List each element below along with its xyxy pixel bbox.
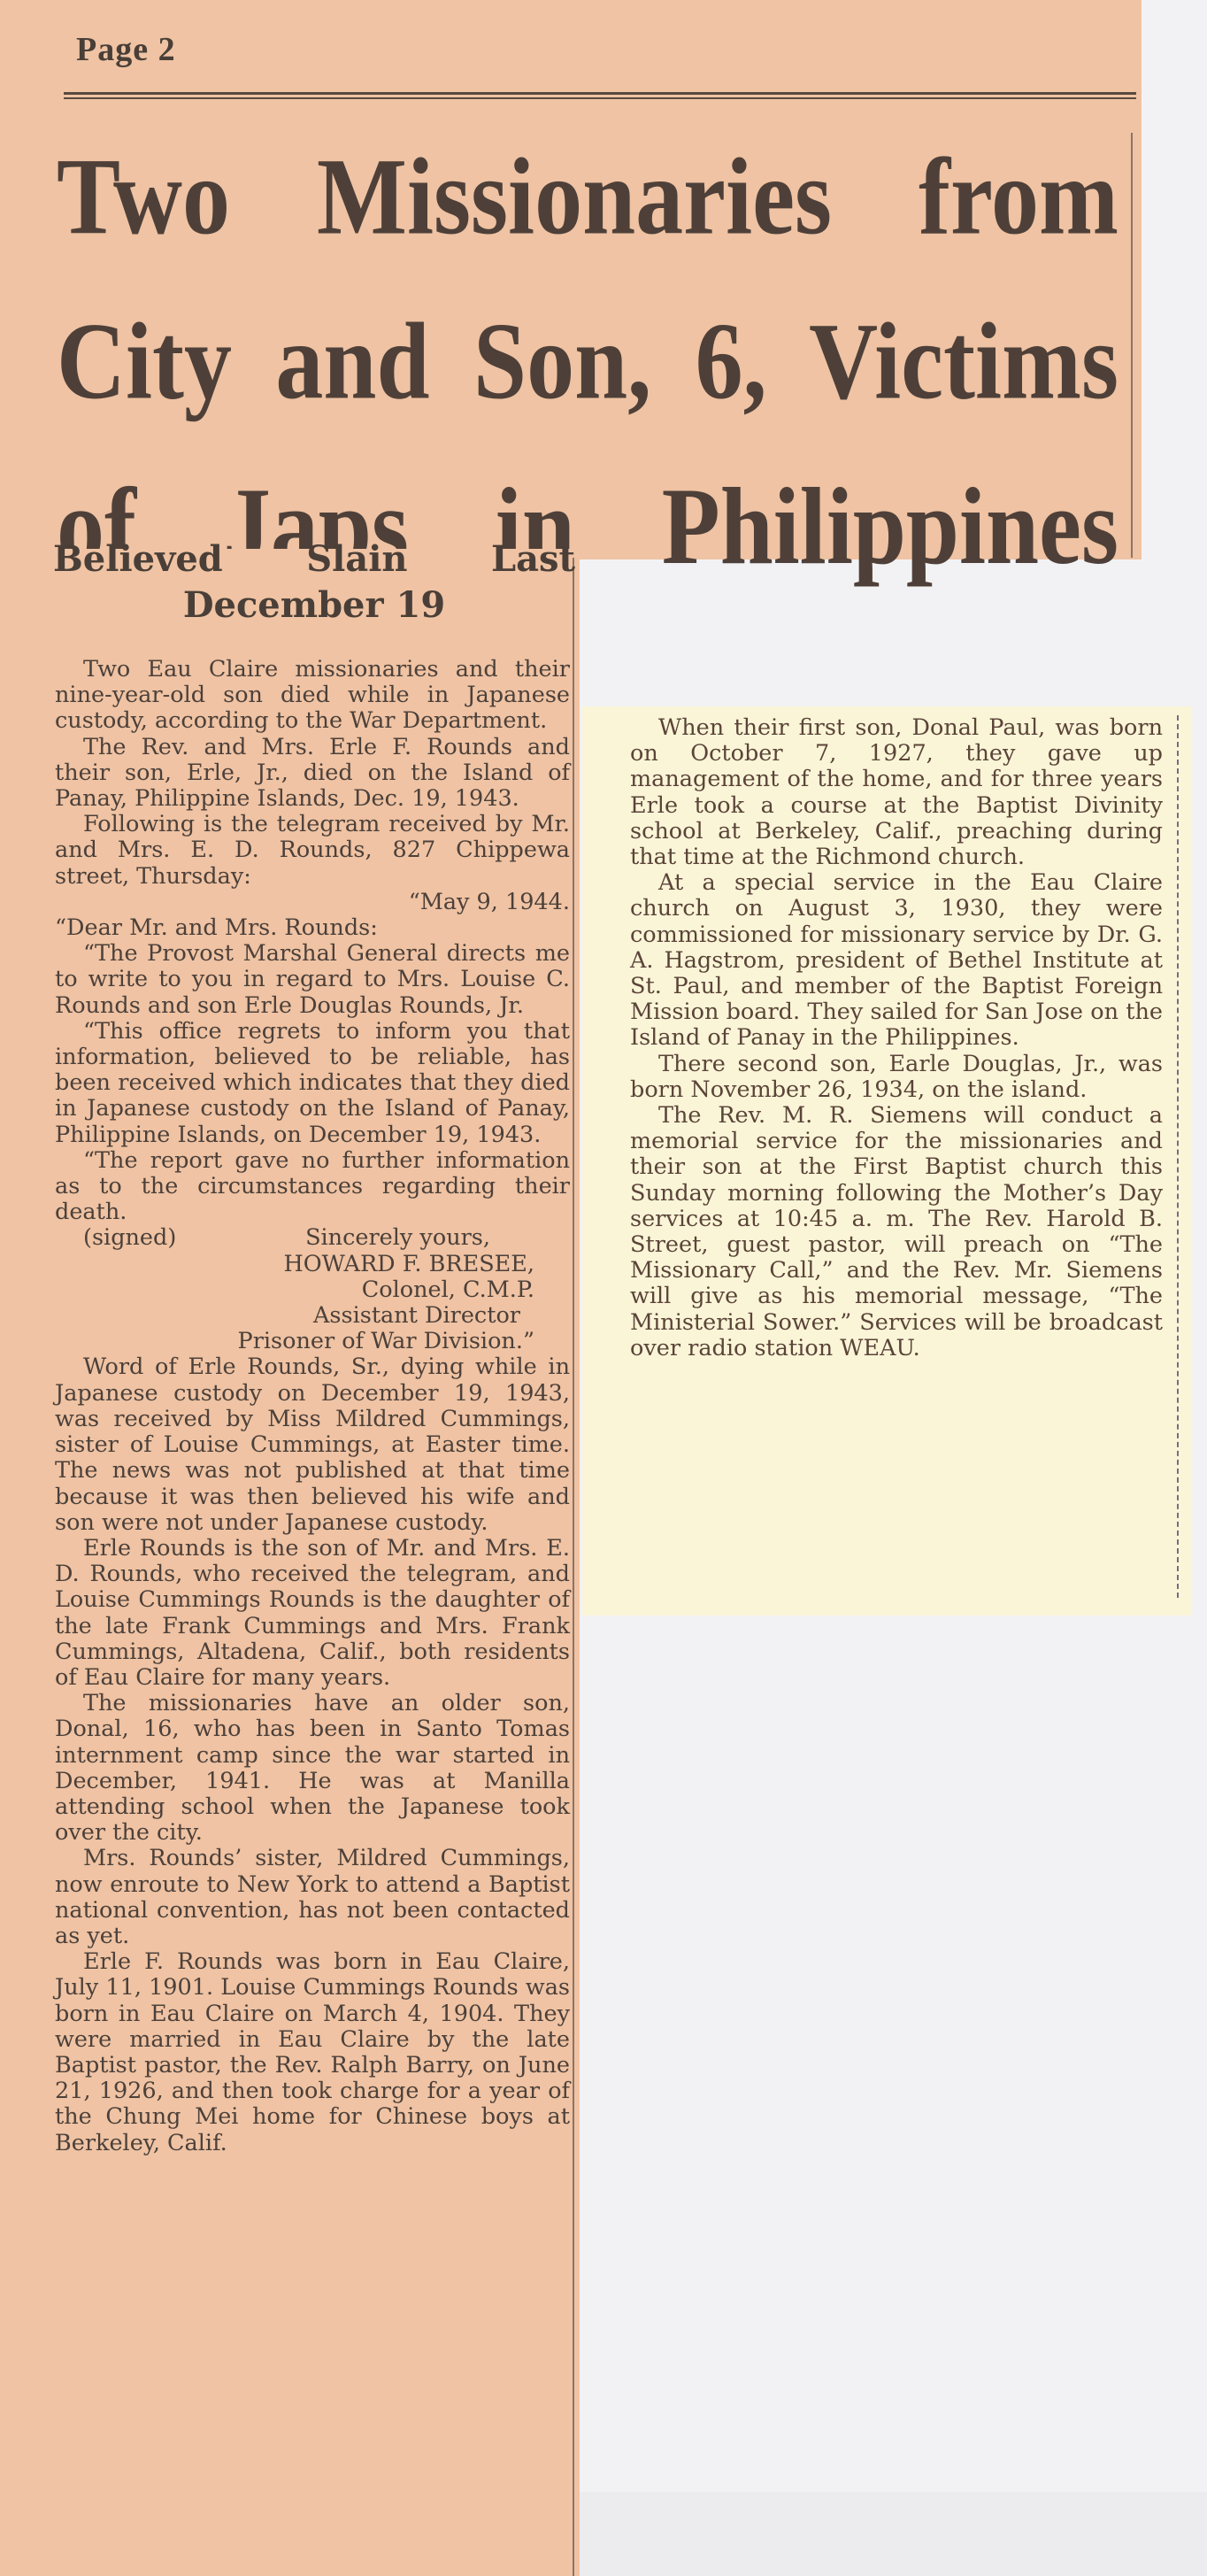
paragraph: The Rev. and Mrs. Erle F. Rounds and the…	[55, 735, 570, 813]
subhead-line: Believed Slain Last	[53, 536, 575, 582]
headline-clipping: Page 2 Two Missionaries from City and So…	[0, 0, 1142, 559]
signature-line: Prisoner of War Division.”	[55, 1329, 570, 1354]
subhead-line: December 19	[183, 584, 445, 626]
signature-line: Assistant Director	[55, 1303, 570, 1329]
paragraph: Erle Rounds is the son of Mr. and Mrs. E…	[55, 1536, 570, 1691]
telegram-paragraph: “The Provost Marshal General directs me …	[55, 941, 570, 1019]
page-label: Page 2	[76, 30, 176, 69]
closing: Sincerely yours,	[305, 1225, 490, 1251]
telegram-salutation: “Dear Mr. and Mrs. Rounds:	[55, 915, 570, 941]
headline-line: Two Missionaries from	[57, 115, 1119, 280]
signed-label: (signed)	[83, 1225, 176, 1251]
paragraph: The missionaries have an older son, Dona…	[55, 1691, 570, 1846]
paragraph: At a special service in the Eau Claire c…	[630, 870, 1163, 1051]
paragraph: Mrs. Rounds’ sister, Mildred Cummings, n…	[55, 1846, 570, 1949]
telegram-paragraph: “The report gave no further information …	[55, 1148, 570, 1226]
telegram-date: “May 9, 1944.	[55, 890, 570, 915]
paragraph: When their first son, Donal Paul, was bo…	[630, 715, 1163, 870]
header-rule	[64, 92, 1136, 99]
article-left-column: Two Eau Claire missionaries and their ni…	[55, 657, 570, 2156]
signature-line: HOWARD F. BRESEE,	[55, 1252, 570, 1277]
article-right-column: When their first son, Donal Paul, was bo…	[630, 715, 1163, 1361]
signature-line: Colonel, C.M.P.	[55, 1277, 570, 1303]
paragraph: The Rev. M. R. Siemens will conduct a me…	[630, 1103, 1163, 1361]
headline-line: City and Son, 6, Victims	[57, 280, 1119, 444]
subheadline: Believed Slain Last December 19	[53, 536, 575, 629]
paragraph: Word of Erle Rounds, Sr., dying while in…	[55, 1354, 570, 1535]
telegram-signature: (signed) Sincerely yours, HOWARD F. BRES…	[55, 1225, 570, 1354]
paragraph: There second son, Earle Douglas, Jr., wa…	[630, 1052, 1163, 1103]
paragraph: Following is the telegram received by Mr…	[55, 812, 570, 890]
paragraph: Two Eau Claire missionaries and their ni…	[55, 657, 570, 735]
paragraph: Erle F. Rounds was born in Eau Claire, J…	[55, 1949, 570, 2156]
telegram-paragraph: “This office regrets to inform you that …	[55, 1019, 570, 1148]
backing-paper-fold	[566, 2492, 1207, 2576]
